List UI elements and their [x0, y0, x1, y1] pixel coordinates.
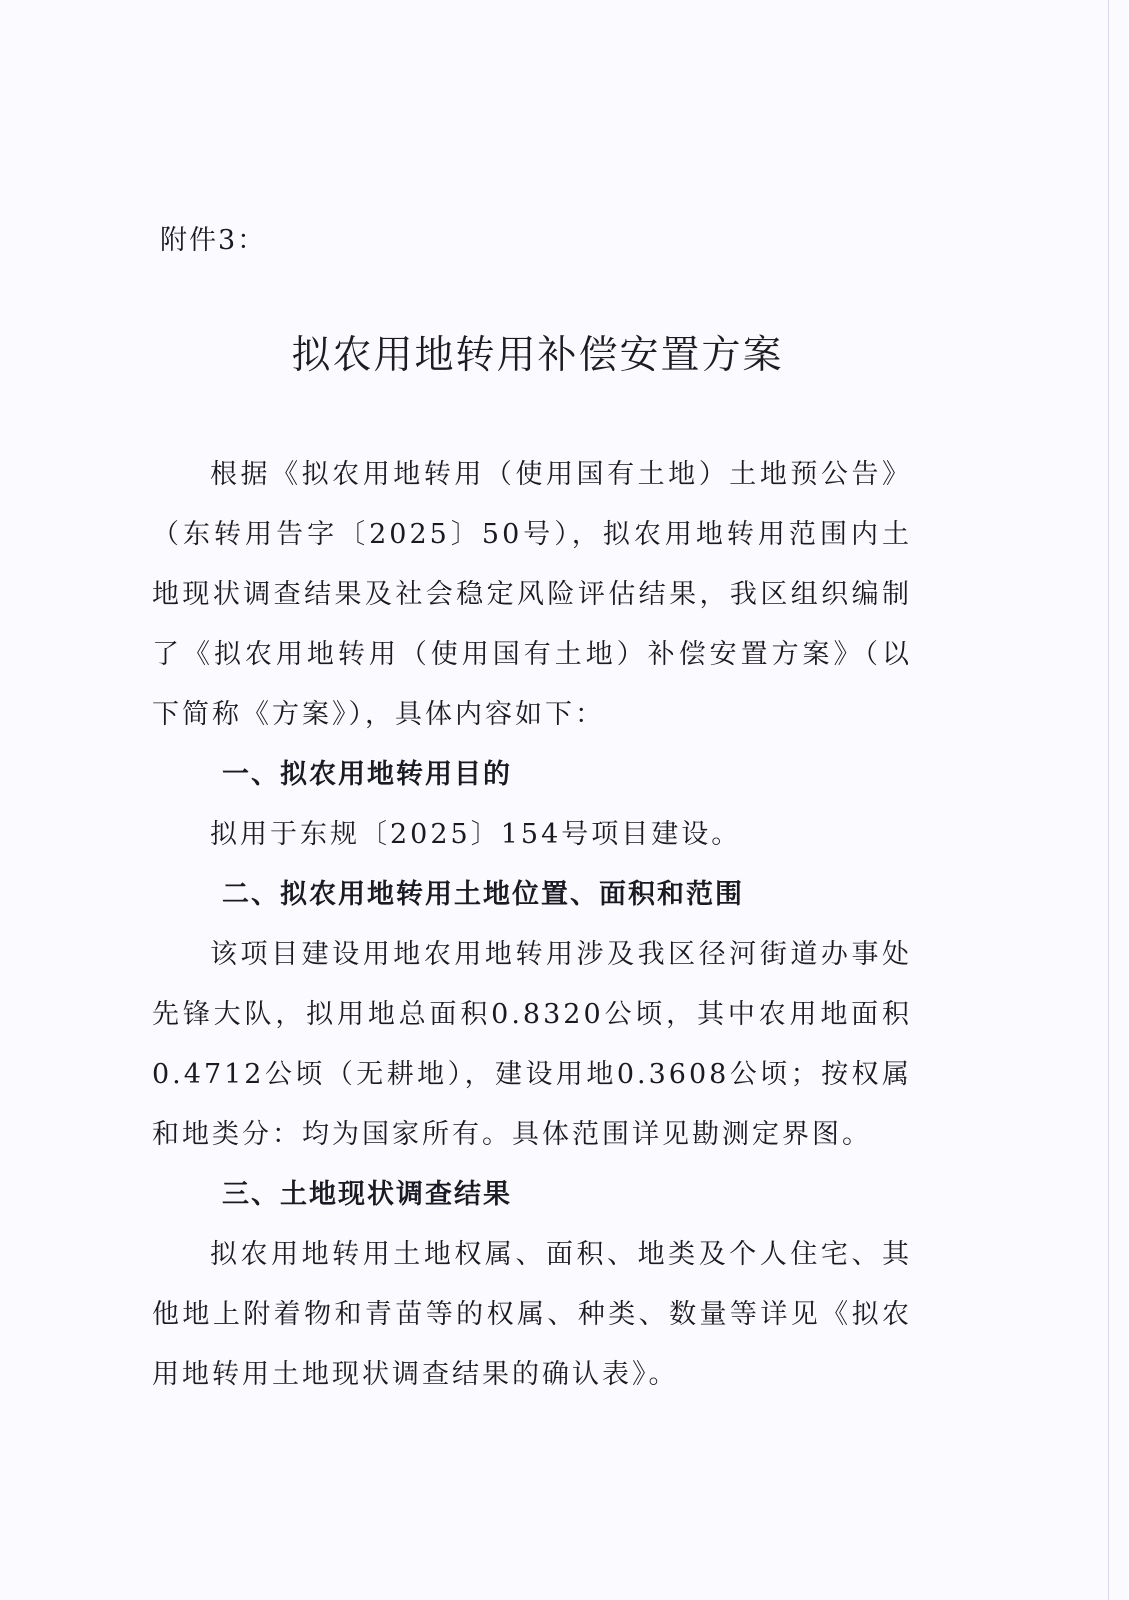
section-3-heading: 三、土地现状调查结果 [152, 1165, 912, 1225]
document-body: 根据《拟农用地转用（使用国有土地）土地预公告》（东转用告字〔2025〕50号），… [152, 445, 912, 1405]
section-2-body: 该项目建设用地农用地转用涉及我区径河街道办事处先锋大队，拟用地总面积0.8320… [152, 925, 912, 1165]
document-page: 附件3： 拟农用地转用补偿安置方案 根据《拟农用地转用（使用国有土地）土地预公告… [0, 0, 1129, 1600]
attachment-label: 附件3： [160, 218, 266, 257]
section-1-heading: 一、拟农用地转用目的 [152, 745, 912, 805]
section-3-body: 拟农用地转用土地权属、面积、地类及个人住宅、其他地上附着物和青苗等的权属、种类、… [152, 1225, 912, 1405]
document-title: 拟农用地转用补偿安置方案 [0, 324, 1075, 380]
section-2-heading: 二、拟农用地转用土地位置、面积和范围 [152, 865, 912, 925]
scan-edge-line [1108, 0, 1109, 1600]
intro-paragraph: 根据《拟农用地转用（使用国有土地）土地预公告》（东转用告字〔2025〕50号），… [152, 445, 912, 745]
section-1-body: 拟用于东规〔2025〕154号项目建设。 [152, 805, 912, 865]
